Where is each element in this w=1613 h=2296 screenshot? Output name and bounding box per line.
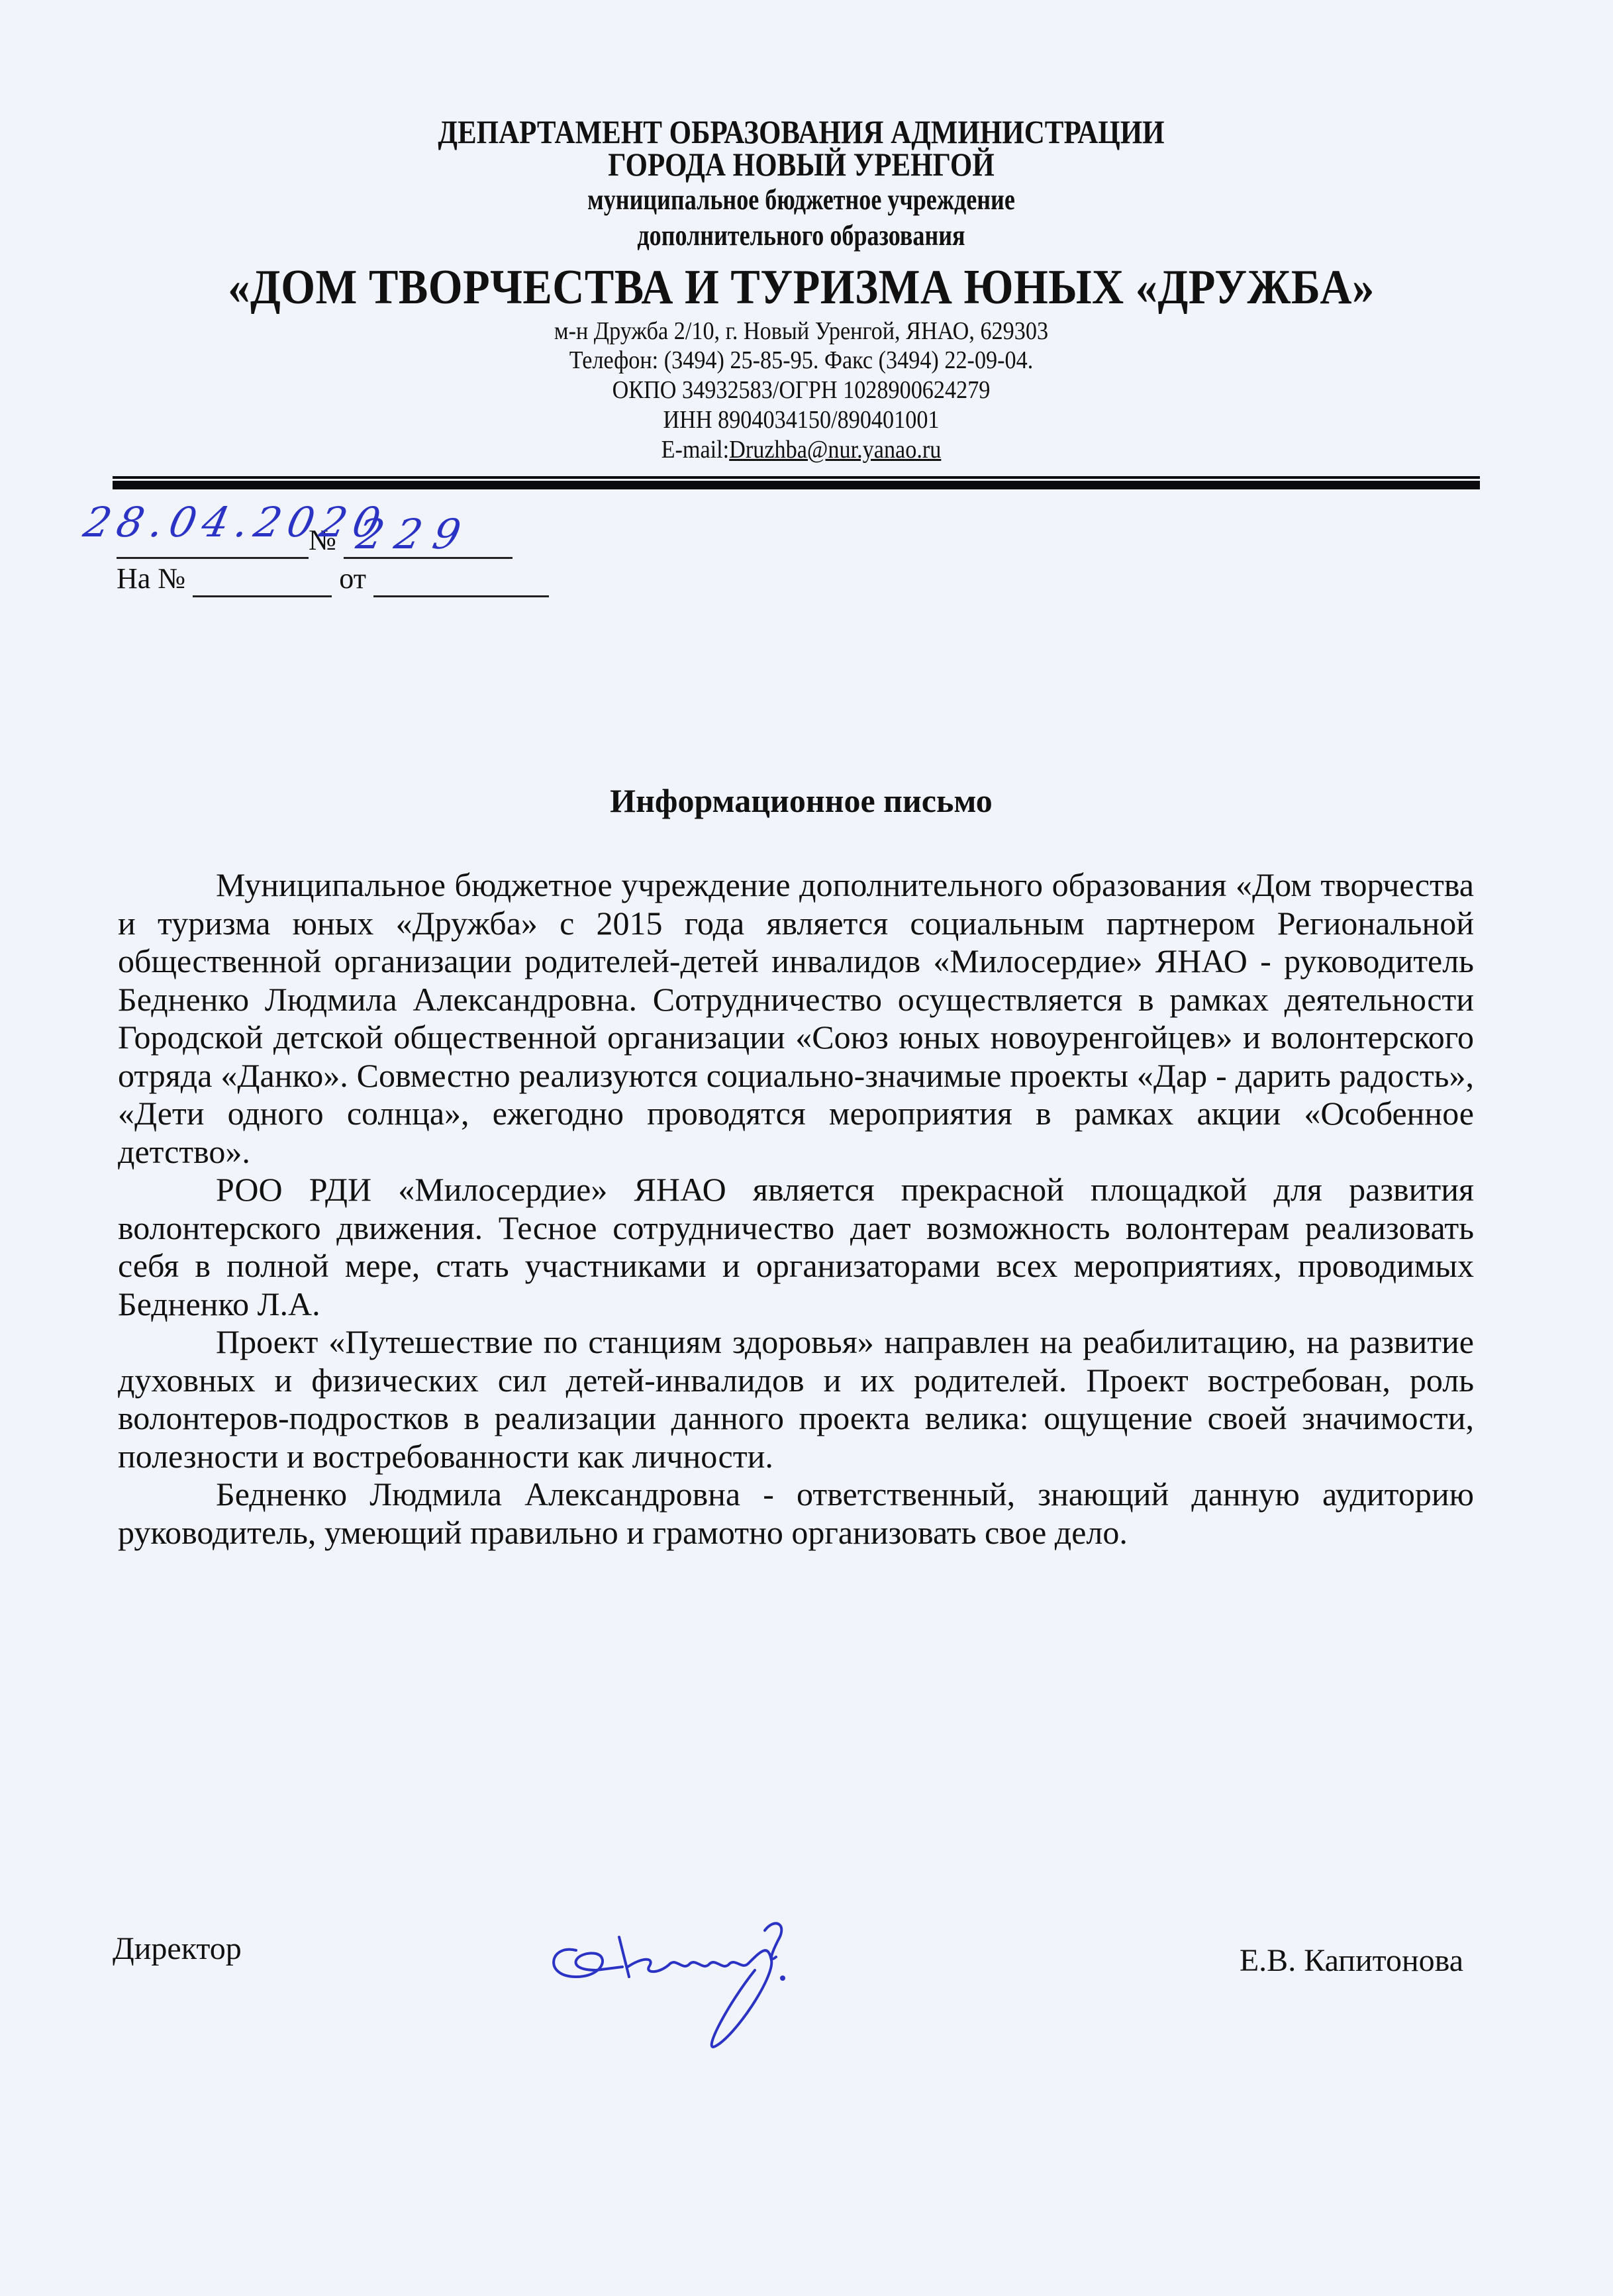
paragraph: Бедненко Людмила Александровна - ответст…	[118, 1475, 1474, 1552]
letterhead-divider-thin	[113, 476, 1480, 479]
letter-body: Муниципальное бюджетное учреждение допол…	[118, 866, 1474, 1552]
organization-name: «ДОМ ТВОРЧЕСТВА И ТУРИЗМА ЮНЫХ «ДРУЖБА»	[175, 260, 1427, 316]
letterhead-divider-thick	[113, 481, 1480, 489]
signatory-name: Е.В. Капитонова	[1240, 1942, 1463, 1979]
org-type-line-2: дополнительного образования	[231, 219, 1371, 252]
handwritten-signature-icon	[536, 1904, 841, 2056]
reply-date-field	[373, 562, 549, 597]
org-type-line-1: муниципальное бюджетное учреждение	[231, 183, 1371, 217]
letter-page: ДЕПАРТАМЕНТ ОБРАЗОВАНИЯ АДМИНИСТРАЦИИ ГО…	[0, 0, 1613, 2296]
email-label: E-mail:	[661, 436, 730, 464]
phone-fax: Телефон: (3494) 25-85-95. Факс (3494) 22…	[175, 346, 1427, 375]
department-line-2: ГОРОДА НОВЫЙ УРЕНГОЙ	[203, 145, 1399, 183]
paragraph: Муниципальное бюджетное учреждение допол…	[118, 866, 1474, 1171]
reply-number-field	[193, 562, 332, 597]
okpo-ogrn: ОКПО 34932583/ОГРН 1028900624279	[175, 375, 1427, 405]
signature-block: Директор Е.В. Капитонова	[113, 1930, 1483, 2050]
handwritten-number: 229	[352, 510, 477, 558]
reply-registration-line: На № от	[117, 562, 549, 597]
reply-from-label: от	[339, 562, 366, 595]
inn: ИНН 8904034150/890401001	[175, 405, 1427, 434]
address: м-н Дружба 2/10, г. Новый Уренгой, ЯНАО,…	[175, 317, 1427, 346]
handwritten-date: 28.04.2020	[79, 498, 391, 546]
email-link[interactable]: Druzhba@nur.yanao.ru	[729, 436, 941, 464]
reply-number-label: На №	[117, 562, 185, 595]
signatory-role: Директор	[113, 1930, 242, 1967]
paragraph: Проект «Путешествие по станциям здоровья…	[118, 1323, 1474, 1475]
email-line: E-mail:Druzhba@nur.yanao.ru	[175, 435, 1427, 464]
paragraph: РОО РДИ «Милосердие» ЯНАО является прекр…	[118, 1171, 1474, 1323]
document-title: Информационное письмо	[106, 781, 1496, 820]
